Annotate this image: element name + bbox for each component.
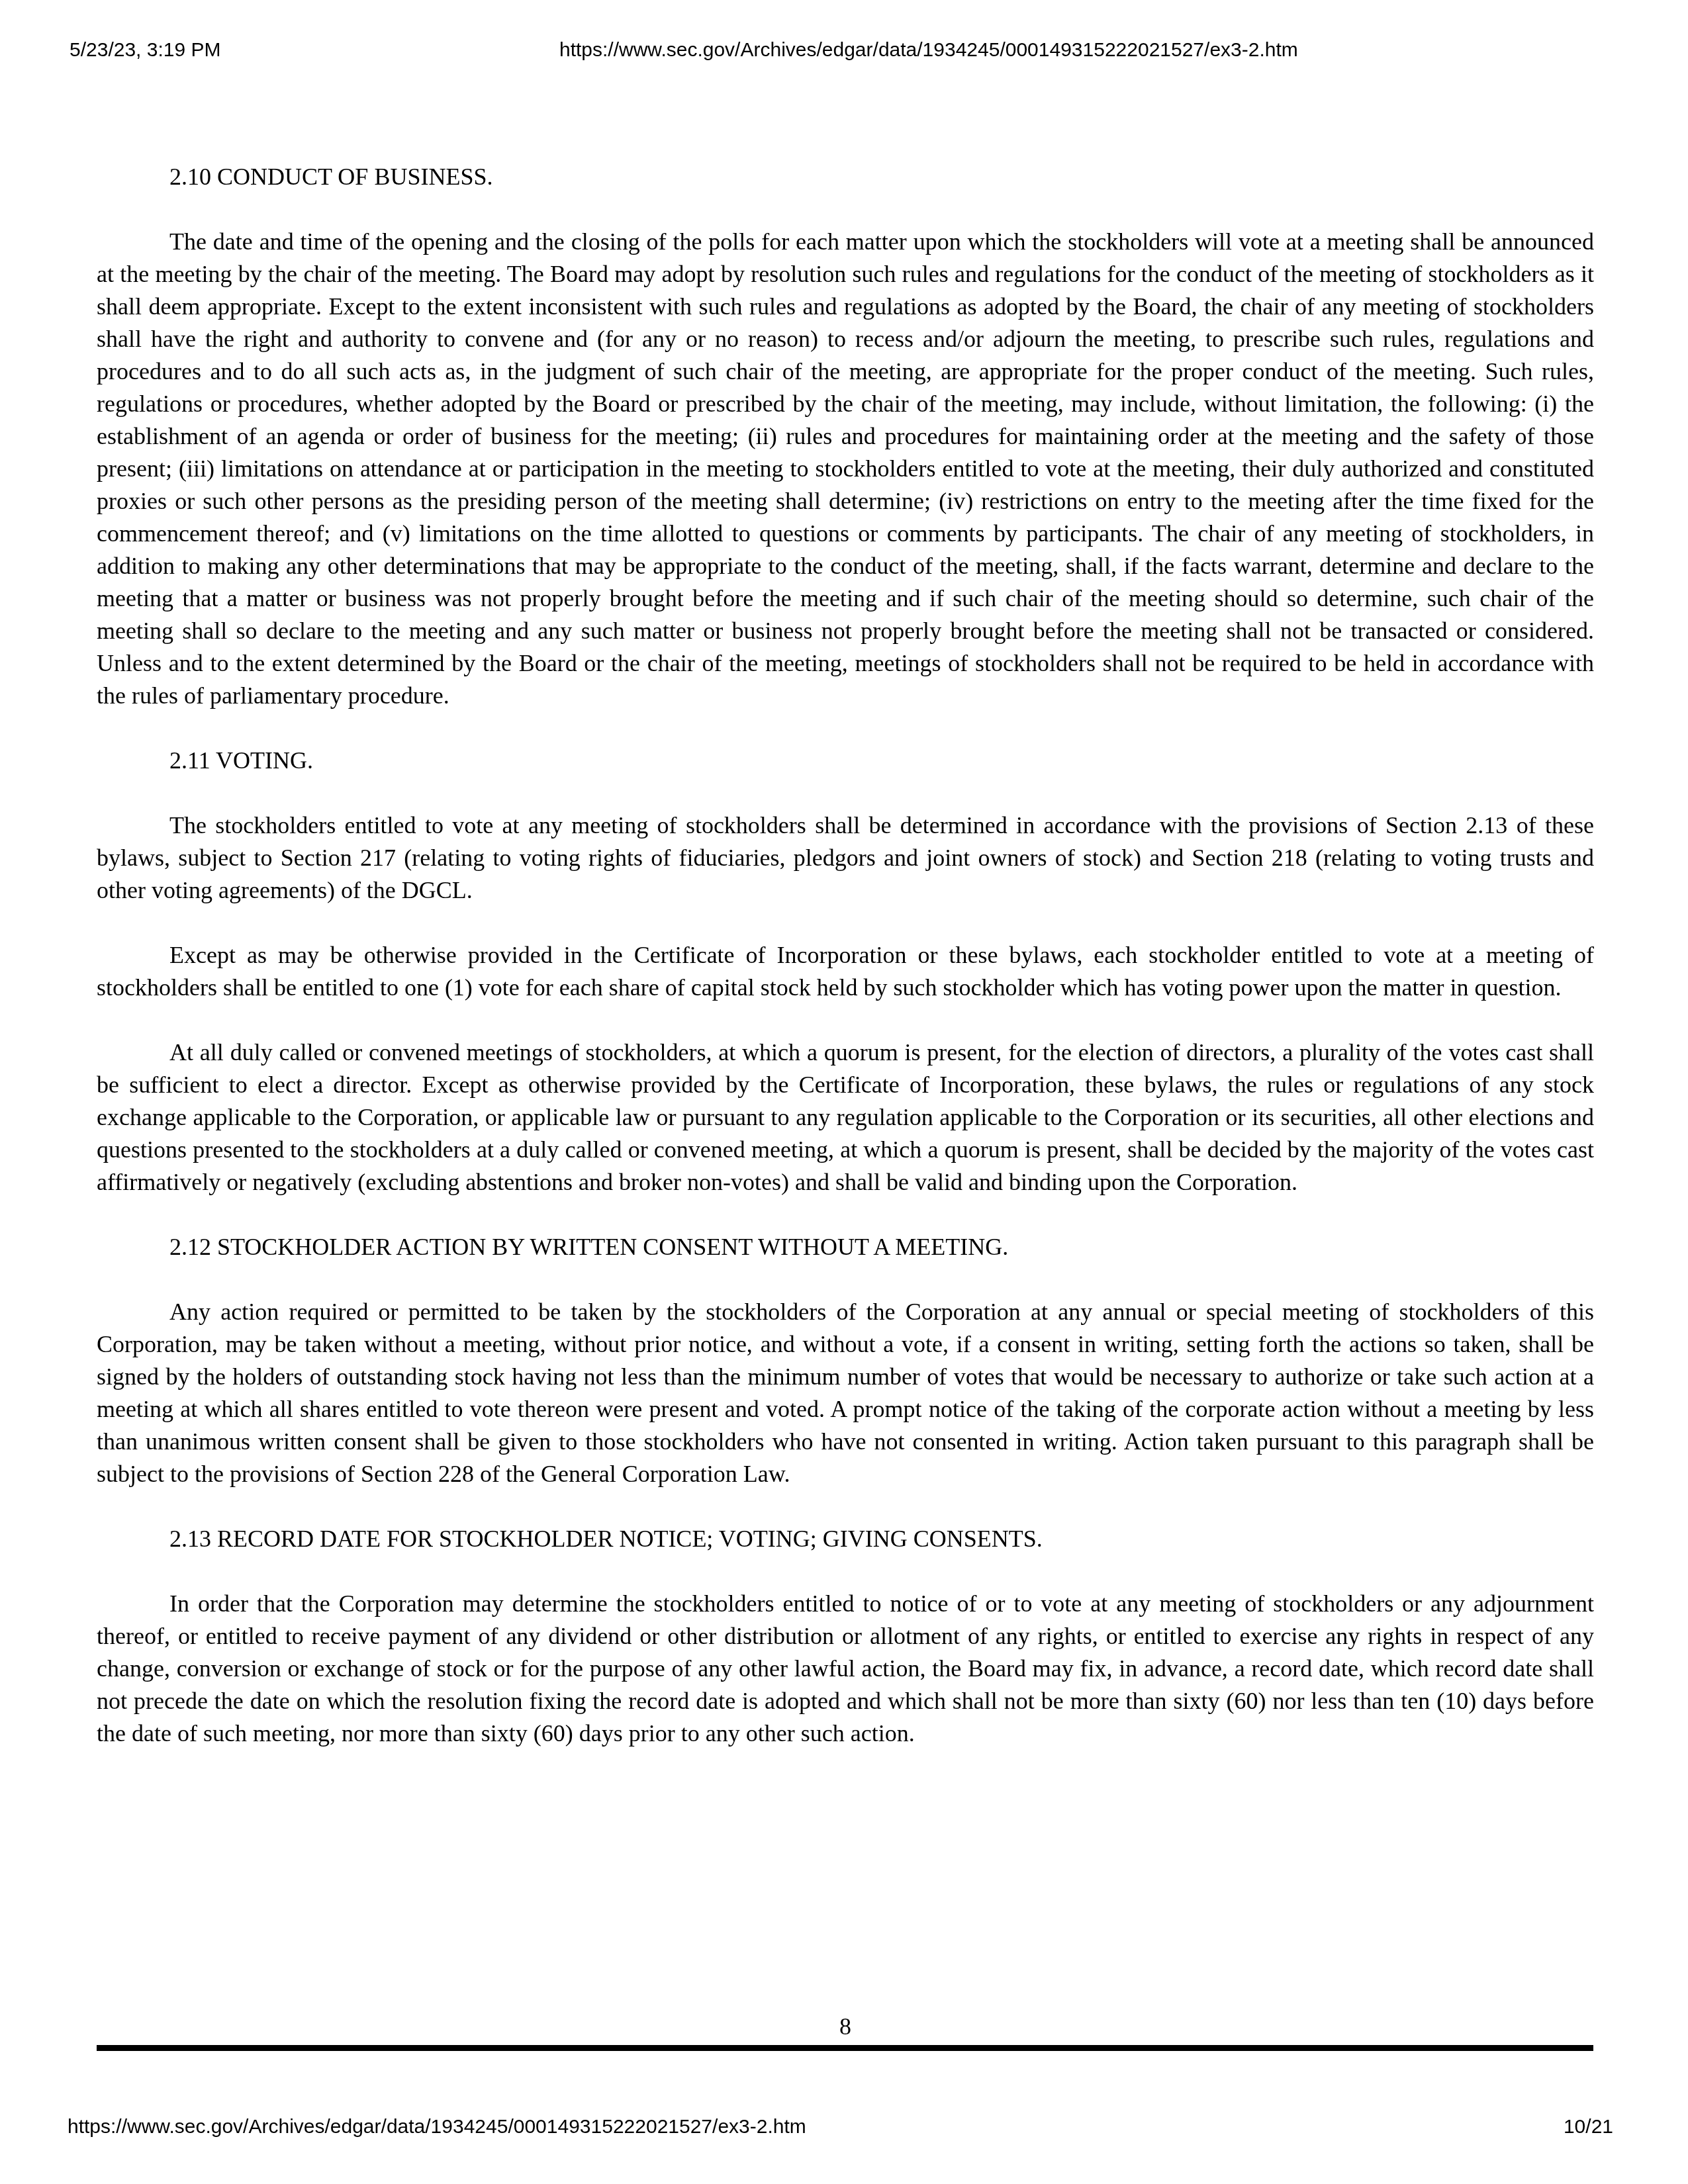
section-heading-2-10: 2.10 CONDUCT OF BUSINESS. bbox=[97, 161, 1594, 193]
document-body: 2.10 CONDUCT OF BUSINESS. The date and t… bbox=[97, 161, 1594, 1782]
section-2-12-paragraph-1: Any action required or permitted to be t… bbox=[97, 1296, 1594, 1490]
section-2-13-paragraph-1: In order that the Corporation may determ… bbox=[97, 1588, 1594, 1750]
print-footer-url: https://www.sec.gov/Archives/edgar/data/… bbox=[68, 2115, 806, 2139]
section-2-11-paragraph-2: Except as may be otherwise provided in t… bbox=[97, 939, 1594, 1004]
section-2-10-paragraph-1: The date and time of the opening and the… bbox=[97, 226, 1594, 712]
print-header-datetime: 5/23/23, 3:19 PM bbox=[70, 38, 221, 62]
section-2-11-paragraph-1: The stockholders entitled to vote at any… bbox=[97, 809, 1594, 907]
section-2-11-paragraph-3: At all duly called or convened meetings … bbox=[97, 1036, 1594, 1199]
print-header-url: https://www.sec.gov/Archives/edgar/data/… bbox=[559, 38, 1298, 62]
print-footer-page-indicator: 10/21 bbox=[1564, 2115, 1613, 2139]
section-heading-2-13: 2.13 RECORD DATE FOR STOCKHOLDER NOTICE;… bbox=[97, 1523, 1594, 1555]
page-number: 8 bbox=[97, 2011, 1594, 2043]
section-heading-2-12: 2.12 STOCKHOLDER ACTION BY WRITTEN CONSE… bbox=[97, 1231, 1594, 1263]
section-heading-2-11: 2.11 VOTING. bbox=[97, 745, 1594, 777]
printed-page: 5/23/23, 3:19 PM https://www.sec.gov/Arc… bbox=[0, 0, 1688, 2184]
bottom-divider-rule bbox=[97, 2045, 1593, 2051]
